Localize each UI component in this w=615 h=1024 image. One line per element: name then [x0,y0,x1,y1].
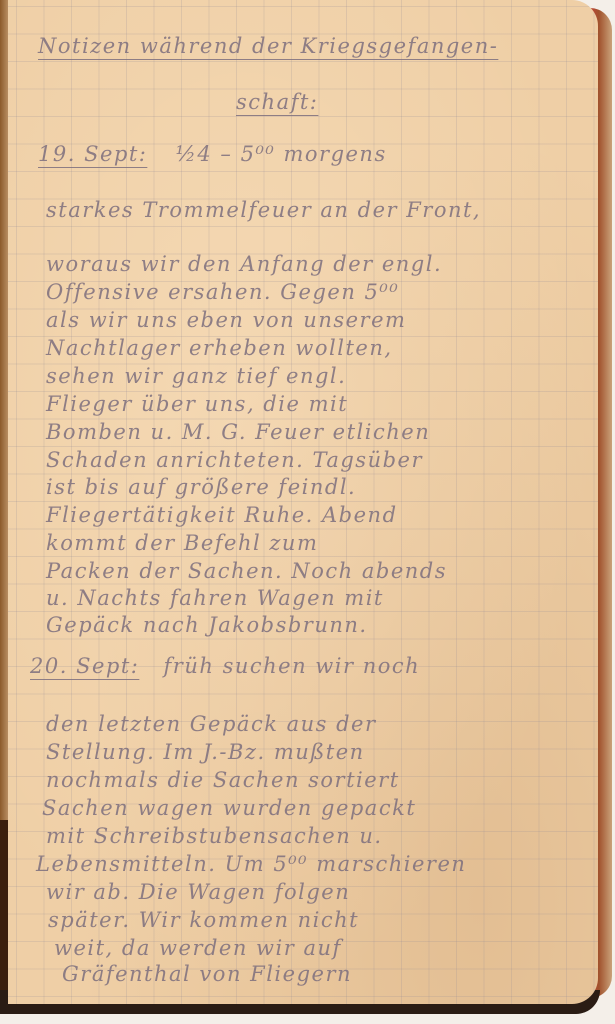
entry-line: Flieger über uns, die mit [46,392,598,416]
entry-time: ½4 – 5⁰⁰ morgens [176,142,387,166]
entry-line: Lebensmitteln. Um 5⁰⁰ marschieren [36,852,598,876]
entry-date: 19. Sept: [38,142,147,166]
entry-line: ist bis auf größere feindl. [46,475,598,499]
entry-line: Packen der Sachen. Noch abends [46,559,598,583]
entry-line: als wir uns eben von unserem [46,308,598,332]
entry-line: weit, da werden wir auf [54,936,598,960]
entry-line: Sachen wagen wurden gepackt [42,796,598,820]
entry-line: starkes Trommelfeuer an der Front, [46,198,598,222]
entry-line: Offensive ersahen. Gegen 5⁰⁰ [46,280,598,304]
entry-line: Nachtlager erheben wollten, [46,336,598,360]
entry-line: wir ab. Die Wagen folgen [46,880,598,904]
entry-line: u. Nachts fahren Wagen mit [46,586,598,610]
entry-line: Bomben u. M. G. Feuer etlichen [46,420,598,444]
notebook-page: Notizen während der Kriegsgefangen- scha… [8,0,598,1004]
title-line-2: schaft: [236,90,598,114]
entry-line: nochmals die Sachen sortiert [46,768,598,792]
entry-line: sehen wir ganz tief engl. [46,364,598,388]
entry-line: Fliegertätigkeit Ruhe. Abend [46,503,598,527]
entry-line: später. Wir kommen nicht [48,908,598,932]
title-line-1: Notizen während der Kriegsgefangen- [38,34,598,58]
entry-line: Stellung. Im J.-Bz. mußten [46,740,598,764]
entry-first-line: früh suchen wir noch [164,654,421,678]
entry-line: den letzten Gepäck aus der [46,712,598,736]
entry-header: 20. Sept: früh suchen wir noch [30,654,598,678]
entry-line: woraus wir den Anfang der engl. [46,252,598,276]
entry-line: kommt der Befehl zum [46,531,598,555]
spine-binding [0,820,8,990]
entry-line: Gepäck nach Jakobsbrunn. [46,613,598,637]
entry-line: mit Schreibstubensachen u. [46,824,598,848]
entry-header: 19. Sept: ½4 – 5⁰⁰ morgens [38,142,598,166]
entry-line: Gräfenthal von Fliegern [62,962,598,986]
entry-date: 20. Sept: [30,654,139,678]
entry-line: Schaden anrichteten. Tagsüber [46,448,598,472]
